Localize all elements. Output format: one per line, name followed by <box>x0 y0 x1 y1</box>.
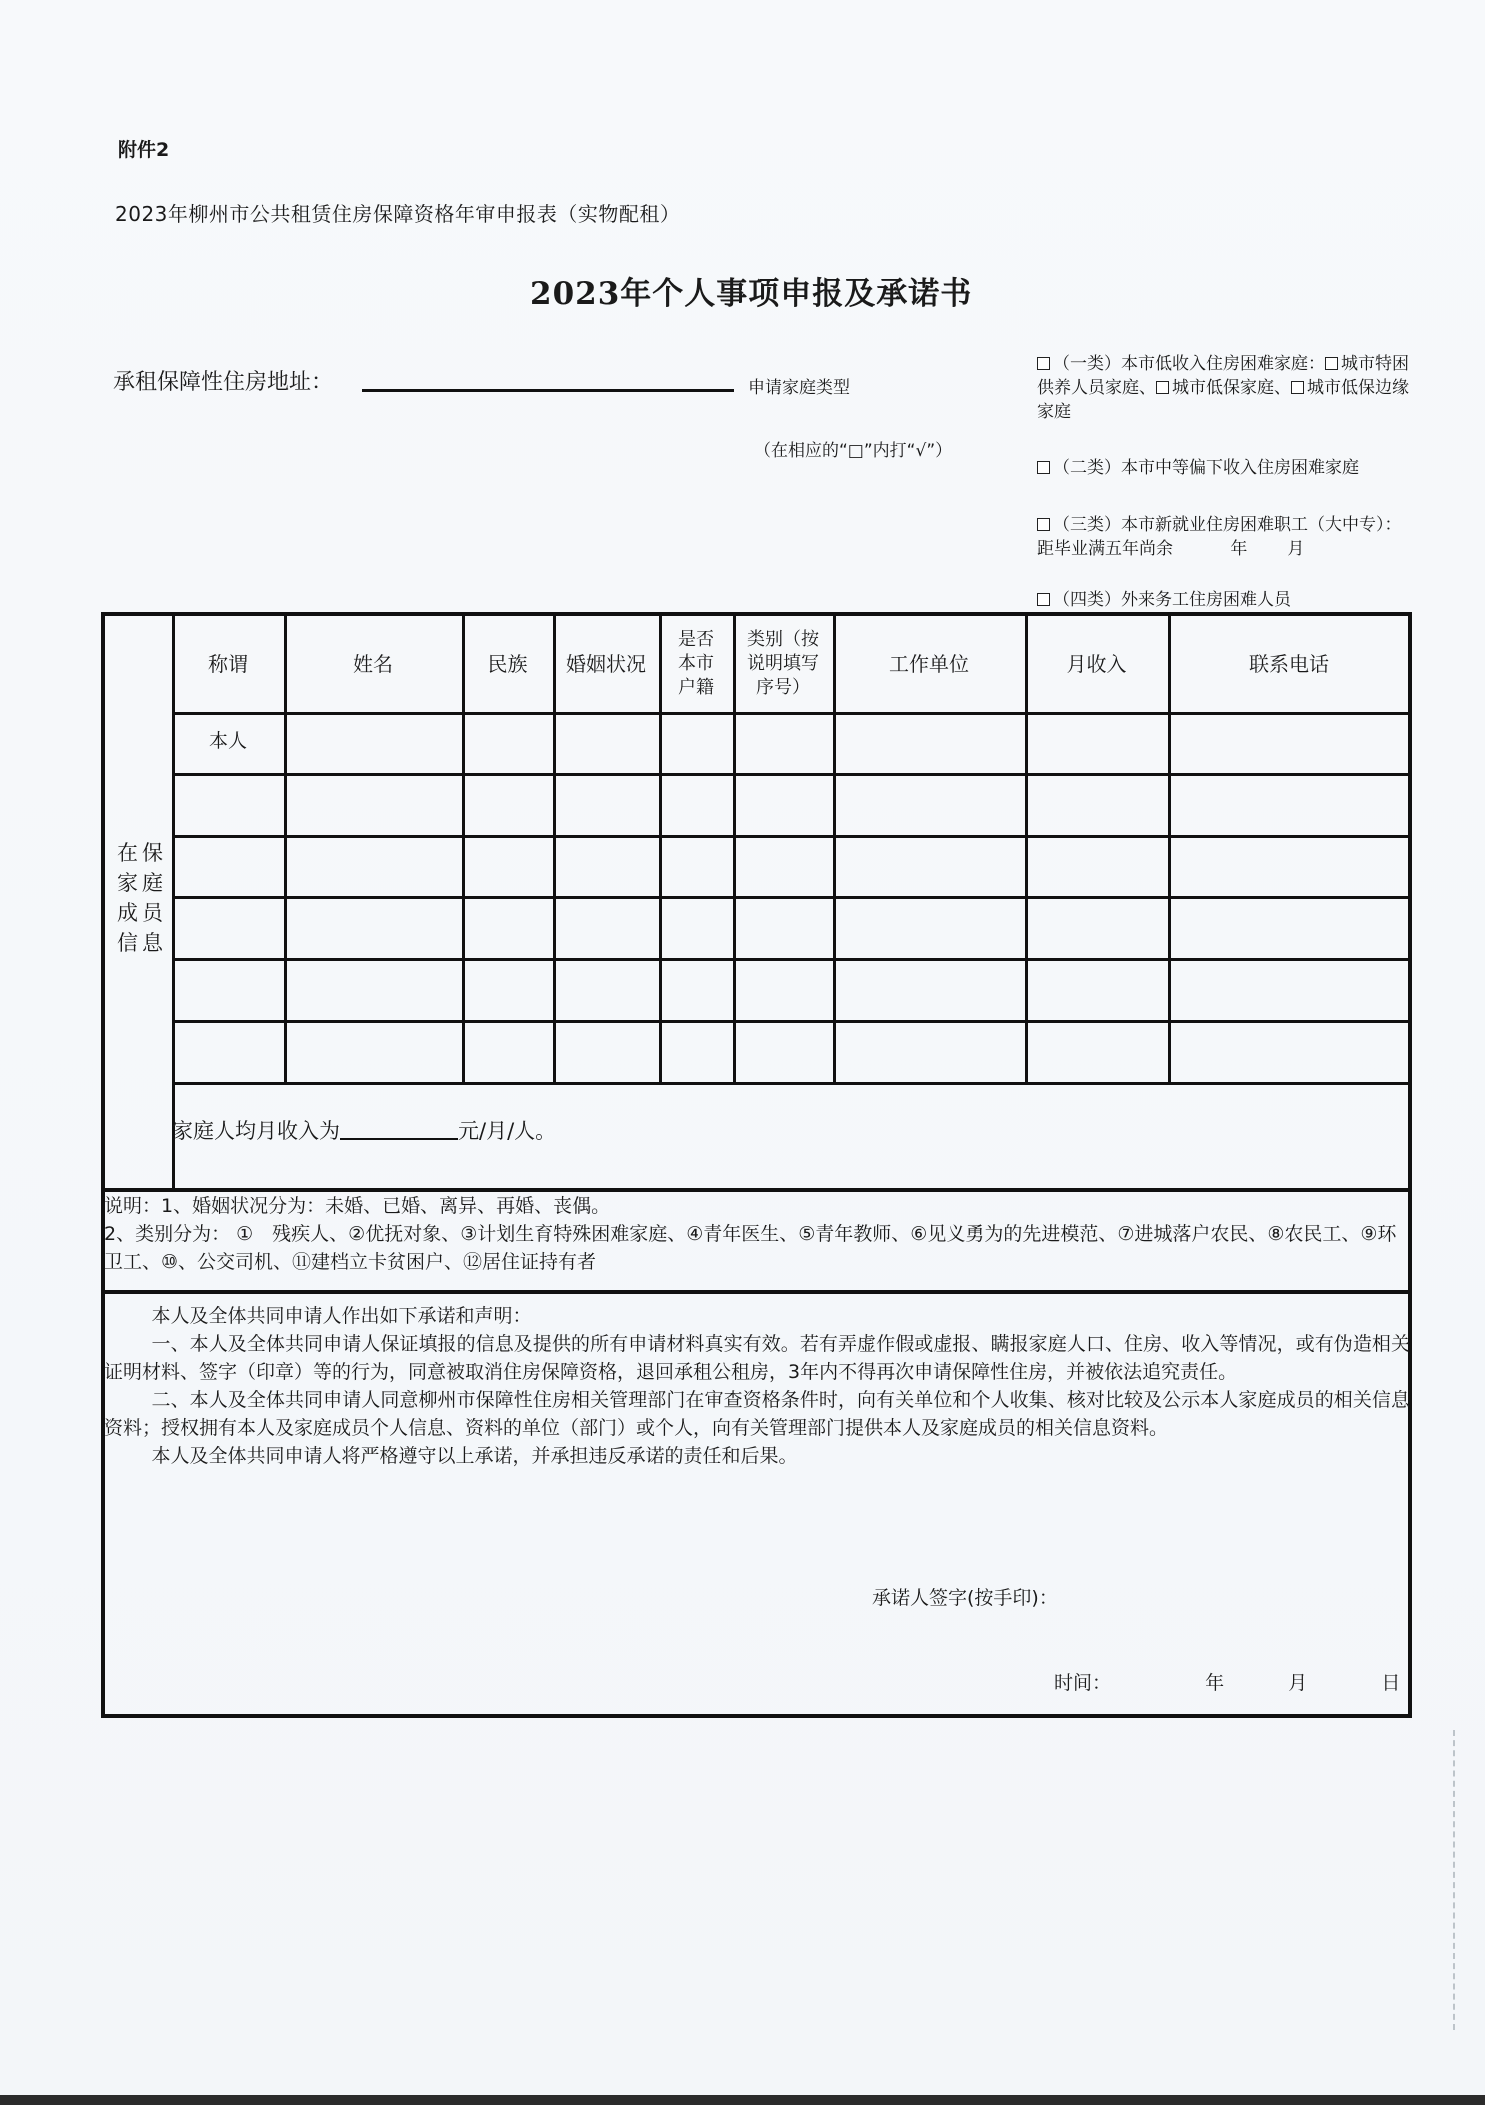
table-cell[interactable] <box>176 902 280 954</box>
grid-line <box>172 1082 1412 1085</box>
table-cell[interactable] <box>466 841 549 892</box>
form-subtitle: 2023年柳州市公共租赁住房保障资格年审申报表（实物配租） <box>115 198 680 227</box>
table-cell[interactable] <box>288 841 458 892</box>
scan-artifact <box>1453 1730 1455 2030</box>
attachment-label: 附件2 <box>118 135 169 162</box>
members-side-label: 在保家庭成员信息 <box>112 838 172 958</box>
table-cell[interactable] <box>176 1026 280 1078</box>
table-cell-relation: 本人 <box>176 718 280 769</box>
type-option-1: （一类）本市低收入住房困难家庭：城市特困供养人员家庭、城市低保家庭、城市低保边缘… <box>1037 352 1417 424</box>
type-1-checkbox[interactable] <box>1037 357 1050 370</box>
grid-line <box>172 773 1412 776</box>
address-field[interactable] <box>362 389 734 392</box>
table-cell[interactable] <box>1029 718 1164 769</box>
column-header: 是否本市户籍 <box>663 628 729 700</box>
table-cell[interactable] <box>837 718 1021 769</box>
grid-line <box>659 612 662 1082</box>
date-field[interactable]: 时间： 年 月 日 <box>1054 1668 1400 1695</box>
column-header: 类别（按说明填写序号） <box>737 628 829 700</box>
table-cell[interactable] <box>466 779 549 831</box>
check-hint: （在相应的“□”内打“√”） <box>754 436 952 461</box>
table-cell[interactable] <box>288 902 458 954</box>
table-cell[interactable] <box>466 1026 549 1078</box>
avg-income-row: 家庭人均月收入为元/月/人。 <box>172 1115 556 1145</box>
table-cell[interactable] <box>1029 1026 1164 1078</box>
scanned-page: 附件2 2023年柳州市公共租赁住房保障资格年审申报表（实物配租） 2023年个… <box>0 0 1485 2105</box>
table-cell[interactable] <box>837 1026 1021 1078</box>
table-cell[interactable] <box>837 902 1021 954</box>
table-cell[interactable] <box>466 718 549 769</box>
table-cell[interactable] <box>663 964 729 1016</box>
signature-label: 承诺人签字(按手印)： <box>872 1587 1058 1609</box>
members-table <box>101 612 1412 1718</box>
grid-line <box>733 612 736 1082</box>
grid-line <box>284 612 287 1082</box>
grid-line <box>172 1020 1412 1023</box>
table-cell[interactable] <box>176 964 280 1016</box>
table-cell[interactable] <box>1172 841 1406 892</box>
grid-line <box>172 958 1412 961</box>
subtype-3-checkbox[interactable] <box>1291 381 1304 394</box>
avg-income-field[interactable] <box>340 1122 458 1140</box>
date-label: 时间： <box>1054 1668 1111 1695</box>
promise-section: 本人及全体共同申请人作出如下承诺和声明： 一、本人及全体共同申请人保证填报的信息… <box>104 1302 1410 1470</box>
table-cell[interactable] <box>466 964 549 1016</box>
table-cell[interactable] <box>176 841 280 892</box>
grid-line <box>462 612 465 1082</box>
grid-line <box>172 712 1412 715</box>
table-cell[interactable] <box>557 902 655 954</box>
table-cell[interactable] <box>466 902 549 954</box>
table-cell[interactable] <box>557 1026 655 1078</box>
subtype-1-checkbox[interactable] <box>1325 357 1338 370</box>
scan-bottom-edge <box>0 2095 1485 2105</box>
type-option-2: （二类）本市中等偏下收入住房困难家庭 <box>1037 456 1417 480</box>
table-cell[interactable] <box>1029 779 1164 831</box>
grid-line <box>833 612 836 1082</box>
type-option-4: （四类）外来务工住房困难人员 <box>1037 588 1417 612</box>
table-cell[interactable] <box>663 902 729 954</box>
column-header: 月收入 <box>1029 652 1164 676</box>
grid-line <box>172 835 1412 838</box>
table-cell[interactable] <box>737 779 829 831</box>
table-cell[interactable] <box>557 718 655 769</box>
day-label: 日 <box>1381 1668 1400 1695</box>
grid-line <box>1168 612 1171 1082</box>
promise-closing: 本人及全体共同申请人将严格遵守以上承诺，并承担违反承诺的责任和后果。 <box>104 1442 1410 1470</box>
table-cell[interactable] <box>1029 902 1164 954</box>
table-cell[interactable] <box>837 964 1021 1016</box>
column-header: 民族 <box>466 652 549 676</box>
type-2-checkbox[interactable] <box>1037 461 1050 474</box>
table-cell[interactable] <box>1172 718 1406 769</box>
table-cell[interactable] <box>737 718 829 769</box>
table-cell[interactable] <box>663 779 729 831</box>
table-cell[interactable] <box>837 779 1021 831</box>
table-cell[interactable] <box>557 841 655 892</box>
promise-item-1: 一、本人及全体共同申请人保证填报的信息及提供的所有申请材料真实有效。若有弄虚作假… <box>104 1330 1410 1386</box>
column-header: 联系电话 <box>1172 652 1406 676</box>
table-cell[interactable] <box>557 964 655 1016</box>
table-cell[interactable] <box>737 1026 829 1078</box>
table-cell[interactable] <box>737 964 829 1016</box>
subtype-2-checkbox[interactable] <box>1156 381 1169 394</box>
table-cell[interactable] <box>837 841 1021 892</box>
column-header: 称谓 <box>176 652 280 676</box>
grid-line <box>101 1290 1412 1294</box>
table-cell[interactable] <box>1172 779 1406 831</box>
column-header: 工作单位 <box>837 652 1021 676</box>
month-label: 月 <box>1288 1668 1307 1695</box>
address-label: 承租保障性住房地址： <box>113 365 333 396</box>
table-cell[interactable] <box>1029 841 1164 892</box>
table-cell[interactable] <box>1172 1026 1406 1078</box>
grid-line <box>1025 612 1028 1082</box>
year-label: 年 <box>1205 1668 1224 1695</box>
table-cell[interactable] <box>737 841 829 892</box>
grid-line <box>172 896 1412 899</box>
family-type-label: 申请家庭类型 <box>748 373 850 398</box>
column-header: 姓名 <box>288 652 458 676</box>
type-4-checkbox[interactable] <box>1037 593 1050 606</box>
notes-section: 说明：1、婚姻状况分为：未婚、已婚、离异、再婚、丧偶。 2、类别分为： ① 残疾… <box>104 1192 1410 1276</box>
table-cell[interactable] <box>663 718 729 769</box>
table-cell[interactable] <box>1172 964 1406 1016</box>
table-cell[interactable] <box>663 841 729 892</box>
table-cell[interactable] <box>557 779 655 831</box>
table-cell[interactable] <box>288 779 458 831</box>
note-line-1: 说明：1、婚姻状况分为：未婚、已婚、离异、再婚、丧偶。 <box>104 1192 1410 1220</box>
note-line-2: 2、类别分为： ① 残疾人、②优抚对象、③计划生育特殊困难家庭、④青年医生、⑤青… <box>104 1220 1410 1276</box>
promise-item-2: 二、本人及全体共同申请人同意柳州市保障性住房相关管理部门在审查资格条件时，向有关… <box>104 1386 1410 1442</box>
type-3-checkbox[interactable] <box>1037 518 1050 531</box>
table-cell[interactable] <box>1029 964 1164 1016</box>
grid-line <box>172 612 175 1188</box>
table-cell[interactable] <box>176 779 280 831</box>
table-cell[interactable] <box>288 718 458 769</box>
signature-field[interactable]: 承诺人签字(按手印)： <box>872 1583 1058 1610</box>
table-cell[interactable] <box>1172 902 1406 954</box>
grid-line <box>553 612 556 1082</box>
table-cell[interactable] <box>663 1026 729 1078</box>
promise-intro: 本人及全体共同申请人作出如下承诺和声明： <box>104 1302 1410 1330</box>
column-header: 婚姻状况 <box>557 652 655 676</box>
table-cell[interactable] <box>288 964 458 1016</box>
page-title: 2023年个人事项申报及承诺书 <box>530 268 972 313</box>
type-option-3: （三类）本市新就业住房困难职工（大中专）：距毕业满五年尚余 年月 <box>1037 513 1417 561</box>
table-cell[interactable] <box>288 1026 458 1078</box>
table-cell[interactable] <box>737 902 829 954</box>
